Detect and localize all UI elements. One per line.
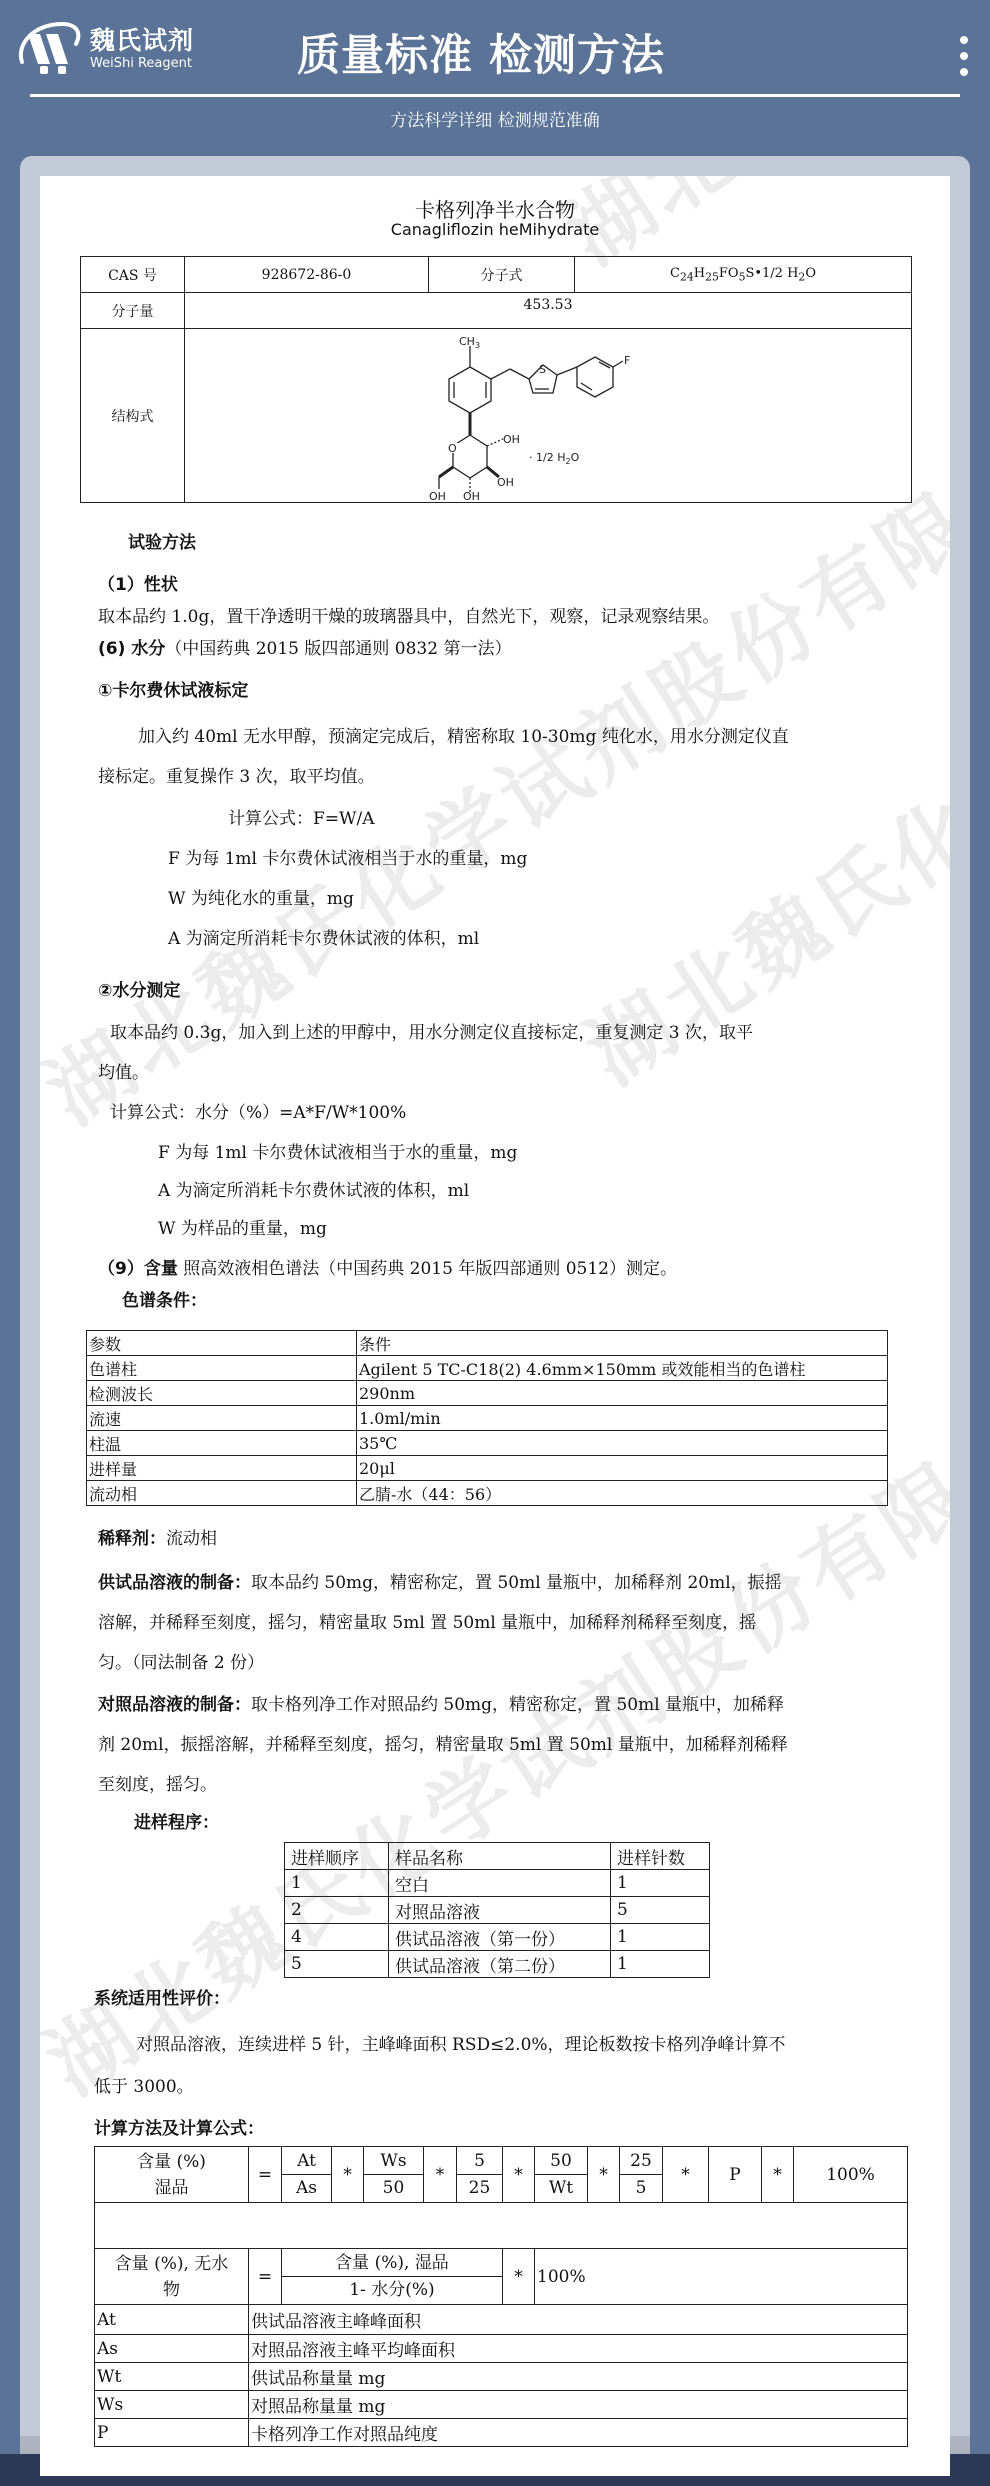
weishi-logo-icon — [14, 18, 86, 80]
paragraph: 接标定。重复操作 3 次，取平均值。 — [98, 766, 375, 788]
paragraph: 取本品约 0.3g，加入到上述的甲醇中，用水分测定仪直接标定，重复测定 3 次，… — [110, 1022, 753, 1044]
ref-prep-line: 对照品溶液的制备：取卡格列净工作对照品约 50mg，精密称定，置 50ml 量瓶… — [98, 1694, 784, 1716]
paragraph: 低于 3000。 — [94, 2076, 194, 2098]
paragraph: 匀。（同法制备 2 份） — [98, 1652, 264, 1674]
reference-text: 照高效液相色谱法（中国药典 2015 年版四部通则 0512）测定。 — [183, 1259, 677, 1279]
svg-text:OH: OH — [503, 433, 520, 446]
subsection-heading: ①卡尔费休试液标定 — [98, 680, 248, 702]
svg-text:S: S — [539, 363, 546, 376]
param-cell: 柱温 — [87, 1431, 357, 1456]
count-cell: 1 — [611, 1870, 710, 1897]
label: 稀释剂： — [98, 1529, 166, 1549]
definition-row: At 供试品溶液主峰峰面积 — [95, 2305, 908, 2335]
mw-value: 453.53 — [185, 293, 912, 329]
chemical-structure-icon: CH3 S F O OH OH OH OH · 1/2 H2O — [407, 331, 707, 501]
formula-label: 分子式 — [429, 257, 575, 293]
assay-heading-line: （9）含量 照高效液相色谱法（中国药典 2015 年版四部通则 0512）测定。 — [98, 1258, 677, 1280]
param-cell: 流速 — [87, 1406, 357, 1431]
paragraph: 对照品溶液，连续进样 5 针，主峰峰面积 RSD≤2.0%，理论板数按卡格列净峰… — [136, 2034, 786, 2056]
paragraph: 取本品约 50mg，精密称定，置 50ml 量瓶中，加稀释剂 20ml，振摇 — [251, 1573, 782, 1593]
diluent-line: 稀释剂：流动相 — [98, 1528, 217, 1550]
value-cell: 乙腈-水（44：56） — [357, 1481, 888, 1506]
value-cell: 290nm — [357, 1381, 888, 1406]
paragraph: 溶解，并稀释至刻度，摇匀，精密量取 5ml 置 50ml 量瓶中，加稀释剂稀释至… — [98, 1612, 756, 1634]
multiply-sign: * — [424, 2147, 457, 2203]
svg-text:O: O — [448, 442, 457, 455]
meaning-cell: 对照品称量量 mg — [249, 2391, 908, 2419]
definition: F 为每 1ml 卡尔费休试液相当于水的重量，mg — [158, 1142, 517, 1164]
symbol-cell: P — [95, 2419, 249, 2447]
formula-row-anhydrous: 含量 (%), 无水 物 = 含量 (%), 湿品1- 水分(%) * 100% — [95, 2249, 908, 2305]
header-divider — [30, 94, 960, 97]
label: 供试品溶液的制备： — [98, 1573, 251, 1593]
equals-sign: = — [249, 2147, 282, 2203]
svg-text:CH3: CH3 — [459, 335, 480, 350]
fraction: AtAs — [282, 2147, 332, 2203]
sample-cell: 供试品溶液（第一份） — [389, 1924, 611, 1951]
param-cell: 进样量 — [87, 1456, 357, 1481]
formula-row-wet: 含量 (%) 湿品 = AtAs * Ws50 * 525 * 50Wt * 2… — [95, 2147, 908, 2203]
meaning-cell: 卡格列净工作对照品纯度 — [249, 2419, 908, 2447]
count-cell: 1 — [611, 1924, 710, 1951]
section-heading: （1）性状 — [98, 574, 178, 596]
definition: A 为滴定所消耗卡尔费休试液的体积，ml — [168, 928, 479, 950]
injection-sequence-table: 进样顺序 样品名称 进样针数 1 空白 1 2 对照品溶液 5 4 供试品溶液（… — [284, 1842, 710, 1978]
more-vertical-icon[interactable] — [958, 36, 970, 76]
table-row: 进样量 20μl — [87, 1456, 888, 1481]
equals-sign: = — [249, 2249, 282, 2305]
value-cell: 20μl — [357, 1456, 888, 1481]
definition-row: Ws 对照品称量量 mg — [95, 2391, 908, 2419]
sample-prep-line: 供试品溶液的制备：取本品约 50mg，精密称定，置 50ml 量瓶中，加稀释剂 … — [98, 1572, 782, 1594]
compound-info-table: CAS 号 928672-86-0 分子式 C24H25FO5S•1/2 H2O… — [80, 256, 912, 503]
section-heading: (6) 水分 — [98, 639, 165, 659]
sample-cell: 对照品溶液 — [389, 1897, 611, 1924]
multiply-sign: * — [762, 2147, 794, 2203]
paragraph: 至刻度，摇匀。 — [98, 1774, 217, 1796]
brand-logo[interactable]: 魏氏试剂 WeiShi Reagent — [14, 18, 194, 80]
structure-cell: CH3 S F O OH OH OH OH · 1/2 H2O — [185, 329, 912, 503]
chromatographic-conditions-table: 参数 条件 色谱柱 Agilent 5 TC-C18(2) 4.6mm×150m… — [86, 1330, 888, 1506]
svg-text:· 1/2 H2O: · 1/2 H2O — [529, 451, 580, 466]
brand-name-en: WeiShi Reagent — [90, 56, 194, 72]
cas-label: CAS 号 — [81, 257, 185, 293]
multiply-sign: * — [503, 2147, 535, 2203]
symbol-cell: Wt — [95, 2363, 249, 2391]
reference-text: （中国药典 2015 版四部通则 0832 第一法） — [165, 639, 511, 659]
multiply-sign: * — [332, 2147, 364, 2203]
table-header-cell: 进样顺序 — [285, 1843, 389, 1870]
table-header-row: 参数 条件 — [87, 1331, 888, 1356]
table-row: 色谱柱 Agilent 5 TC-C18(2) 4.6mm×150mm 或效能相… — [87, 1356, 888, 1381]
paragraph: 取卡格列净工作对照品约 50mg，精密称定，置 50ml 量瓶中，加稀释 — [251, 1695, 784, 1715]
value-cell: Agilent 5 TC-C18(2) 4.6mm×150mm 或效能相当的色谱… — [357, 1356, 888, 1381]
sample-cell: 供试品溶液（第二份） — [389, 1951, 611, 1978]
spacer-row — [95, 2203, 908, 2249]
multiply-sign: * — [663, 2147, 709, 2203]
formula-label: 湿品 — [95, 2175, 248, 2201]
formula-label: 含量 (%), 无水 — [95, 2251, 248, 2277]
definition: W 为纯化水的重量，mg — [168, 888, 354, 910]
compound-name-en: Canagliflozin heMihydrate — [40, 220, 950, 239]
definition: A 为滴定所消耗卡尔费休试液的体积，ml — [158, 1180, 469, 1202]
meaning-cell: 对照品溶液主峰平均峰面积 — [249, 2335, 908, 2363]
param-cell: 色谱柱 — [87, 1356, 357, 1381]
section-heading: （9）含量 — [98, 1259, 178, 1279]
structure-label: 结构式 — [81, 329, 185, 503]
meaning-cell: 供试品溶液主峰峰面积 — [249, 2305, 908, 2335]
calculation-formula-table: 含量 (%) 湿品 = AtAs * Ws50 * 525 * 50Wt * 2… — [94, 2146, 908, 2447]
table-row: 2 对照品溶液 5 — [285, 1897, 710, 1924]
table-row: 柱温 35℃ — [87, 1431, 888, 1456]
fraction: 50Wt — [535, 2147, 588, 2203]
table-row: 5 供试品溶液（第二份） 1 — [285, 1951, 710, 1978]
svg-text:OH: OH — [463, 490, 480, 501]
definition-row: As 对照品溶液主峰平均峰面积 — [95, 2335, 908, 2363]
table-header-cell: 条件 — [357, 1331, 888, 1356]
compound-name-cn: 卡格列净半水合物 — [40, 194, 950, 223]
value-cell: 1.0ml/min — [357, 1406, 888, 1431]
cas-value: 928672-86-0 — [185, 257, 429, 293]
fraction: 255 — [620, 2147, 663, 2203]
fraction: 含量 (%), 湿品1- 水分(%) — [282, 2249, 503, 2305]
svg-text:OH: OH — [429, 490, 446, 501]
purity-symbol: P — [709, 2147, 762, 2203]
symbol-cell: As — [95, 2335, 249, 2363]
paragraph: 加入约 40ml 无水甲醇，预滴定完成后，精密称取 10-30mg 纯化水，用水… — [138, 726, 789, 748]
definition: W 为样品的重量，mg — [158, 1218, 327, 1240]
subsection-heading: 系统适用性评价： — [94, 1988, 230, 2010]
table-row: 检测波长 290nm — [87, 1381, 888, 1406]
multiply-sign: * — [588, 2147, 620, 2203]
order-cell: 5 — [285, 1951, 389, 1978]
table-header-cell: 参数 — [87, 1331, 357, 1356]
table-row: 流速 1.0ml/min — [87, 1406, 888, 1431]
subsection-heading: 色谱条件： — [122, 1290, 207, 1312]
param-cell: 流动相 — [87, 1481, 357, 1506]
percent-factor: 100% — [535, 2249, 908, 2305]
formula-label: 含量 (%) — [95, 2149, 248, 2175]
symbol-cell: Ws — [95, 2391, 249, 2419]
section-heading: 试验方法 — [128, 532, 196, 554]
brand-name-cn: 魏氏试剂 — [90, 26, 194, 56]
table-header-cell: 进样针数 — [611, 1843, 710, 1870]
symbol-cell: At — [95, 2305, 249, 2335]
page-subtitle: 方法科学详细 检测规范准确 — [0, 106, 990, 131]
definition-row: P 卡格列净工作对照品纯度 — [95, 2419, 908, 2447]
label: 对照品溶液的制备： — [98, 1695, 251, 1715]
definition: F 为每 1ml 卡尔费休试液相当于水的重量，mg — [168, 848, 527, 870]
paragraph: 剂 20ml，振摇溶解，并稀释至刻度，摇匀，精密量取 5ml 置 50ml 量瓶… — [98, 1734, 788, 1756]
formula: 计算公式：水分（%）=A*F/W*100% — [110, 1102, 406, 1124]
table-header-cell: 样品名称 — [389, 1843, 611, 1870]
subsection-heading: 进样程序： — [134, 1812, 219, 1834]
count-cell: 1 — [611, 1951, 710, 1978]
svg-text:OH: OH — [497, 476, 514, 489]
value-cell: 35℃ — [357, 1431, 888, 1456]
order-cell: 1 — [285, 1870, 389, 1897]
order-cell: 2 — [285, 1897, 389, 1924]
sample-cell: 空白 — [389, 1870, 611, 1897]
table-row: 1 空白 1 — [285, 1870, 710, 1897]
app-header: 魏氏试剂 WeiShi Reagent 质量标准 检测方法 方法科学详细 检测规… — [0, 0, 990, 100]
percent-factor: 100% — [794, 2147, 908, 2203]
param-cell: 检测波长 — [87, 1381, 357, 1406]
mw-label: 分子量 — [81, 293, 185, 329]
fraction: 525 — [457, 2147, 503, 2203]
value: 流动相 — [166, 1529, 217, 1549]
definition-row: Wt 供试品称量量 mg — [95, 2363, 908, 2391]
paragraph: 取本品约 1.0g，置干净透明干燥的玻璃器具中，自然光下，观察，记录观察结果。 — [98, 606, 719, 628]
formula-value: C24H25FO5S•1/2 H2O — [575, 257, 912, 293]
paragraph: 均值。 — [98, 1062, 149, 1084]
table-header-row: 进样顺序 样品名称 进样针数 — [285, 1843, 710, 1870]
fraction: Ws50 — [364, 2147, 424, 2203]
subsection-heading: 计算方法及计算公式： — [94, 2118, 264, 2140]
subsection-heading: ②水分测定 — [98, 980, 180, 1002]
formula-label: 物 — [95, 2277, 248, 2303]
order-cell: 4 — [285, 1924, 389, 1951]
table-row: 4 供试品溶液（第一份） 1 — [285, 1924, 710, 1951]
formula: 计算公式：F=W/A — [228, 808, 375, 830]
table-row: 流动相 乙腈-水（44：56） — [87, 1481, 888, 1506]
count-cell: 5 — [611, 1897, 710, 1924]
water-heading-line: (6) 水分（中国药典 2015 版四部通则 0832 第一法） — [98, 638, 511, 660]
multiply-sign: * — [503, 2249, 535, 2305]
meaning-cell: 供试品称量量 mg — [249, 2363, 908, 2391]
page-title: 质量标准 检测方法 — [297, 22, 665, 83]
svg-text:F: F — [624, 354, 630, 367]
